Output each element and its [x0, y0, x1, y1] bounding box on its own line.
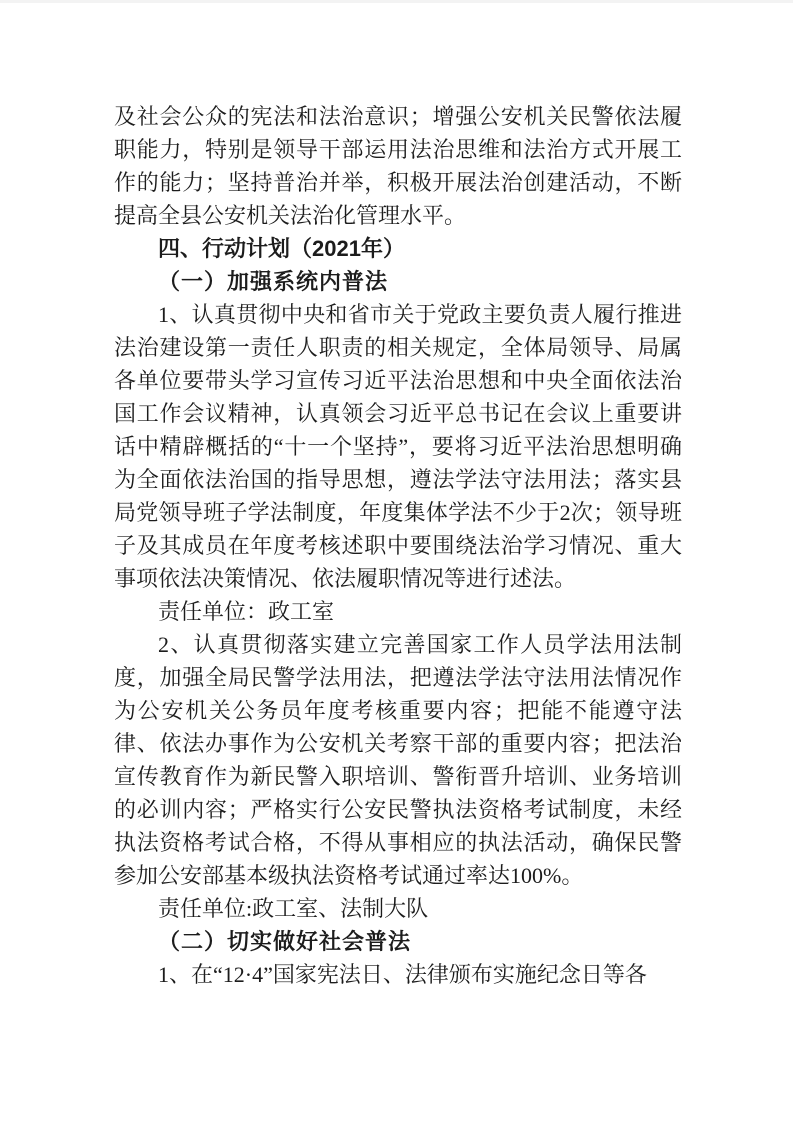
subsection-heading-social-law-education: （二）切实做好社会普法 [114, 925, 682, 958]
paragraph-item-3: 1、在“12·4”国家宪法日、法律颁布实施纪念日等各 [114, 958, 682, 991]
document-content: 及社会公众的宪法和法治意识；增强公安机关民警依法履职能力，特别是领导干部运用法治… [114, 100, 682, 991]
responsibility-unit-line-1: 责任单位：政工室 [114, 595, 682, 628]
responsibility-unit-line-2: 责任单位:政工室、法制大队 [114, 892, 682, 925]
paragraph-item-1: 1、认真贯彻中央和省市关于党政主要负责人履行推进法治建设第一责任人职责的相关规定… [114, 298, 682, 595]
section-heading-action-plan: 四、行动计划（2021年） [114, 232, 682, 265]
paragraph-item-2: 2、认真贯彻落实建立完善国家工作人员学法用法制度，加强全局民警学法用法，把遵法学… [114, 628, 682, 892]
paragraph-continued: 及社会公众的宪法和法治意识；增强公安机关民警依法履职能力，特别是领导干部运用法治… [114, 100, 682, 232]
subsection-heading-internal-law-education: （一）加强系统内普法 [114, 265, 682, 298]
document-page: 及社会公众的宪法和法治意识；增强公安机关民警依法履职能力，特别是领导干部运用法治… [0, 0, 793, 1122]
page-top-edge [0, 0, 793, 3]
